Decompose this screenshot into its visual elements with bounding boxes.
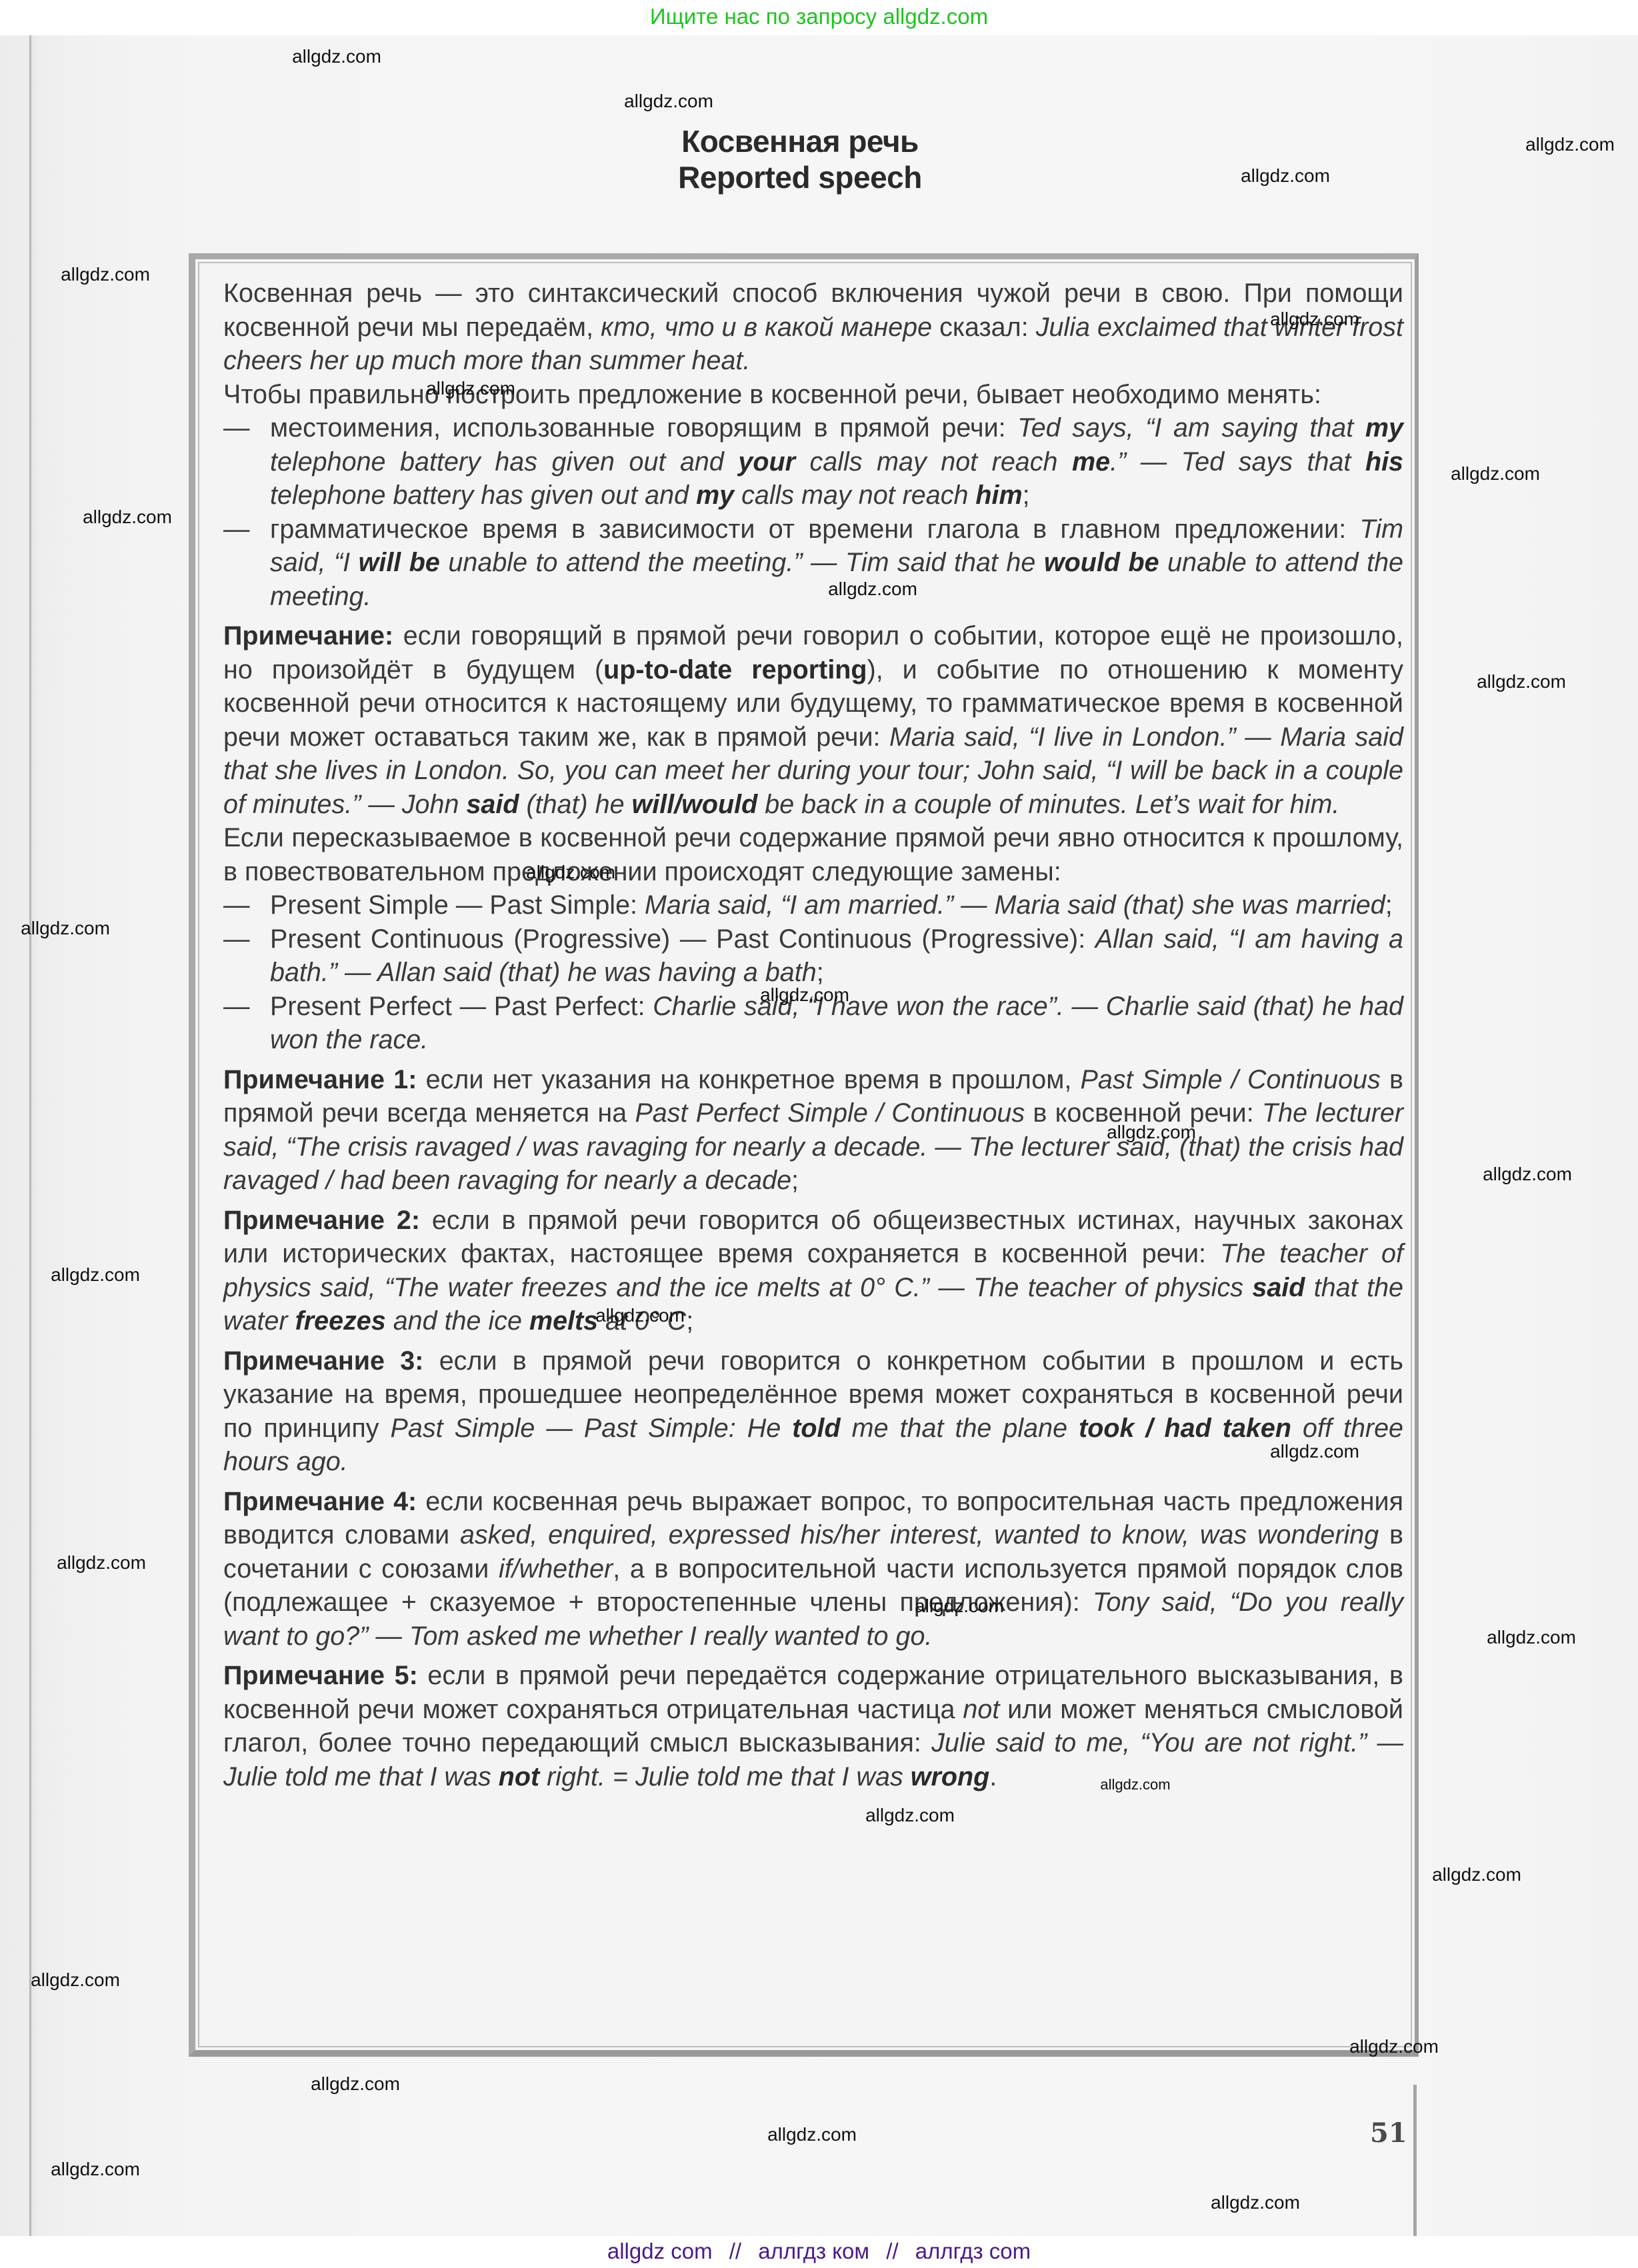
page-number-rule	[1413, 2085, 1417, 2236]
watermark-text: allgdz.com	[61, 265, 150, 285]
watermark-text: allgdz.com	[1477, 672, 1566, 692]
watermark-text: allgdz.com	[57, 1553, 146, 1573]
page-number: 51	[1370, 2119, 1407, 2148]
watermark-text: allgdz.com	[311, 2074, 400, 2094]
watermark-text: allgdz.com	[21, 918, 110, 938]
watermark-text: allgdz.com	[1525, 135, 1615, 155]
note-1: Примечание 1: если нет указания на конкр…	[223, 1063, 1403, 1198]
past-intro-paragraph: Если пересказываемое в косвенной речи со…	[223, 821, 1403, 888]
gutter-line	[29, 35, 31, 2236]
watermark-text: allgdz.com	[865, 1805, 955, 1825]
note-2: Примечание 2: если в прямой речи говорит…	[223, 1204, 1403, 1338]
watermark-text: allgdz.com	[1241, 166, 1330, 186]
note-5: Примечание 5: если в прямой речи передаё…	[223, 1659, 1403, 1793]
watermark-text: allgdz.com	[828, 579, 917, 599]
watermark-text: allgdz.com	[1270, 1442, 1359, 1462]
watermark-text: allgdz.com	[1432, 1865, 1521, 1885]
top-banner: Ищите нас по запросу allgdz.com	[0, 0, 1638, 35]
watermark-text: allgdz.com	[767, 2125, 857, 2145]
tense-item-present-continuous: —Present Continuous (Progressive) — Past…	[223, 922, 1403, 990]
note-4: Примечание 4: если косвенная речь выража…	[223, 1485, 1403, 1654]
watermark-text: allgdz.com	[1483, 1164, 1572, 1184]
rule-box-content: Косвенная речь — это синтаксический спос…	[223, 277, 1403, 1793]
footer-link-2[interactable]: аллгдз ком	[758, 2239, 869, 2263]
heading-title-ru: Косвенная речь	[600, 123, 1000, 159]
change-item-pronouns: —местоимения, использованные говорящим в…	[223, 411, 1403, 513]
watermark-text: allgdz.com	[31, 1970, 120, 1990]
rule-box: Косвенная речь — это синтаксический спос…	[189, 253, 1419, 2057]
watermark-text: allgdz.com	[426, 379, 515, 399]
heading-title-en: Reported speech	[600, 159, 1000, 195]
footer-separator-1: //	[729, 2239, 741, 2263]
textbook-page: Косвенная речь Reported speech Косвенная…	[0, 35, 1638, 2236]
top-banner-text: Ищите нас по запросу allgdz.com	[650, 4, 988, 29]
footer-link-3[interactable]: аллгдз com	[915, 2239, 1031, 2263]
footer-link-1[interactable]: allgdz com	[607, 2239, 713, 2263]
watermark-text: allgdz.com	[595, 1306, 685, 1326]
note-up-to-date: Примечание: если говорящий в прямой речи…	[223, 619, 1403, 821]
intro-paragraph: Косвенная речь — это синтаксический спос…	[223, 277, 1403, 378]
footer-links: allgdz com // аллгдз ком // аллгдз com	[0, 2236, 1638, 2268]
watermark-text: allgdz.com	[1270, 309, 1359, 329]
watermark-text: allgdz.com	[1100, 1775, 1170, 1795]
change-item-tense: —грамматическое время в зависимости от в…	[223, 513, 1403, 614]
watermark-text: allgdz.com	[1349, 2037, 1439, 2057]
watermark-text: allgdz.com	[526, 862, 615, 882]
footer-separator-2: //	[886, 2239, 898, 2263]
note-3: Примечание 3: если в прямой речи говорит…	[223, 1344, 1403, 1479]
watermark-text: allgdz.com	[1211, 2193, 1300, 2213]
watermark-text: allgdz.com	[760, 985, 849, 1005]
watermark-text: allgdz.com	[1487, 1628, 1576, 1648]
watermark-text: allgdz.com	[51, 2159, 140, 2179]
watermark-text: allgdz.com	[83, 507, 172, 527]
page-heading: Косвенная речь Reported speech	[600, 123, 1000, 195]
watermark-text: allgdz.com	[1107, 1122, 1196, 1142]
watermark-text: allgdz.com	[915, 1596, 1004, 1616]
watermark-text: allgdz.com	[292, 47, 381, 67]
watermark-text: allgdz.com	[51, 1265, 140, 1285]
watermark-text: allgdz.com	[624, 91, 713, 111]
intro-paragraph-2: Чтобы правильно построить предложение в …	[223, 378, 1403, 412]
watermark-text: allgdz.com	[1451, 464, 1540, 484]
tense-item-present-simple: —Present Simple — Past Simple: Maria sai…	[223, 888, 1403, 922]
